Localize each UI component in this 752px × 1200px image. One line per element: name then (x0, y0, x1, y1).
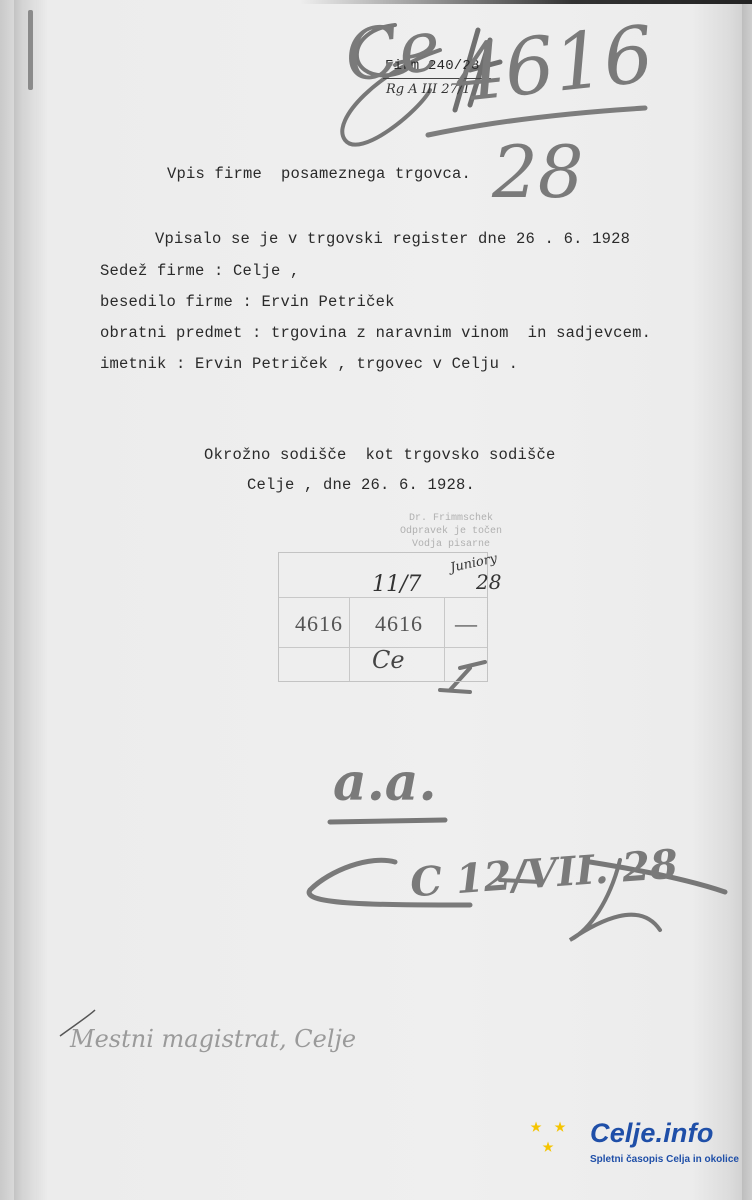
stamp-bottom-note: Ce (372, 646, 405, 674)
stamp-line: Vodja pisarne (412, 539, 490, 550)
stamp-line: Odpravek je točen (400, 526, 502, 537)
stamp-number-left: 4616 (295, 611, 343, 637)
stamp-date-note: 11/7 (372, 572, 421, 597)
field-label: besedilo firme (100, 293, 233, 311)
field-business-subject: obratni predmet : trgovina z naravnim vi… (100, 324, 651, 342)
field-value: Celje , (233, 262, 300, 280)
handwritten-prefix: Ce (340, 4, 445, 98)
handwritten-year: 28 (492, 130, 584, 214)
right-page-edge (742, 0, 752, 1200)
brand-name: Celje.info (590, 1118, 714, 1149)
stars-icon: ★ ★ ★ (530, 1118, 566, 1158)
annotation-aa: a.a. (333, 752, 437, 813)
field-label: imetnik (100, 355, 167, 373)
brand-tagline: Spletni časopis Celja in okolice (590, 1154, 739, 1165)
stamp-year-note: 28 (476, 570, 501, 594)
stamp-number-middle: 4616 (375, 611, 423, 637)
register-entry-line: Vpisalo se je v trgovski register dne 26… (155, 230, 630, 248)
place-and-date: Celje , dne 26. 6. 1928. (247, 476, 475, 494)
stamp-number-right: — (455, 611, 478, 637)
top-scan-shadow (300, 0, 752, 4)
left-margin-ink-mark (28, 10, 33, 90)
field-label: obratni predmet (100, 324, 243, 342)
field-value: trgovina z naravnim vinom in sadjevcem. (271, 324, 651, 342)
field-label: Sedež firme (100, 262, 205, 280)
field-value: Ervin Petriček (262, 293, 395, 311)
field-value: Ervin Petriček , trgovec v Celju . (195, 355, 518, 373)
field-firm-name: besedilo firme : Ervin Petriček (100, 293, 395, 311)
court-name: Okrožno sodišče kot trgovsko sodišče (204, 446, 556, 464)
faint-stamp-text: Dr. Frimmschek Odpravek je točen Vodja p… (400, 512, 502, 551)
field-owner: imetnik : Ervin Petriček , trgovec v Cel… (100, 355, 518, 373)
document-title: Vpis firme posameznega trgovca. (167, 165, 471, 183)
torn-left-margin (14, 0, 36, 1200)
footer-handwritten-note: Mestni magistrat, Celje (70, 1025, 356, 1053)
celje-info-watermark: ★ ★ ★ Celje.info Spletni časopis Celja i… (530, 1118, 740, 1174)
field-seat: Sedež firme : Celje , (100, 262, 300, 280)
stamp-line: Dr. Frimmschek (409, 513, 493, 524)
